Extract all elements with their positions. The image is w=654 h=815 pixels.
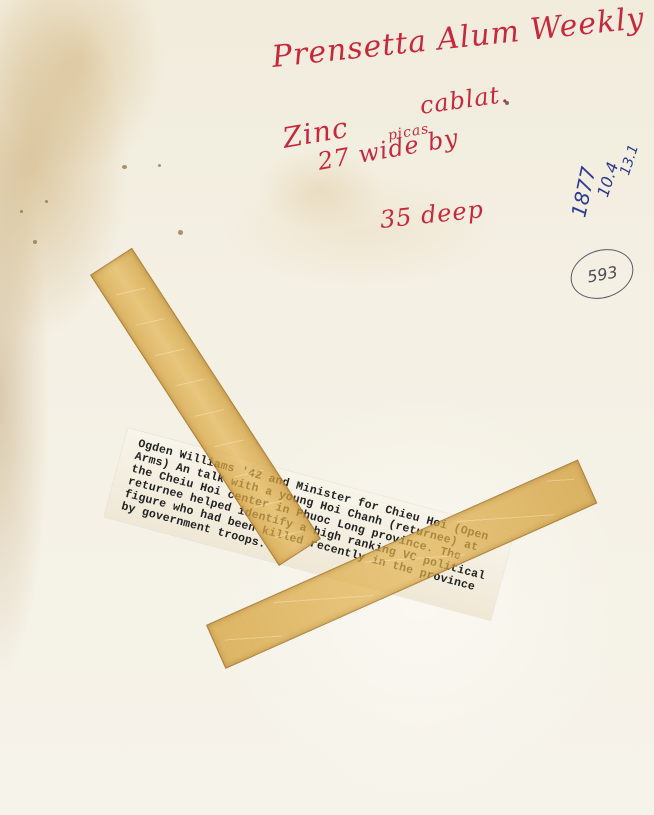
foxing-speck <box>20 210 23 213</box>
foxing-speck <box>158 164 161 167</box>
foxing-speck <box>45 200 48 203</box>
foxing-speck <box>178 230 183 235</box>
handwritten-publication-note: Prensetta Alum Weekly <box>270 1 646 75</box>
handwritten-blue-number-2: 10.4 <box>593 160 622 200</box>
handwritten-blue-number-3: 13.1 <box>617 143 642 178</box>
circled-number: 593 <box>564 241 640 306</box>
photo-back-sheet: Prensetta Alum Weekly Zinc cablat. picas… <box>0 0 654 815</box>
foxing-speck <box>122 165 127 169</box>
handwritten-depth-note: 35 deep <box>379 195 486 234</box>
circled-number-text: 593 <box>585 262 618 286</box>
handwritten-cablat-note: cablat. <box>418 80 510 120</box>
foxing-speck <box>33 240 37 244</box>
